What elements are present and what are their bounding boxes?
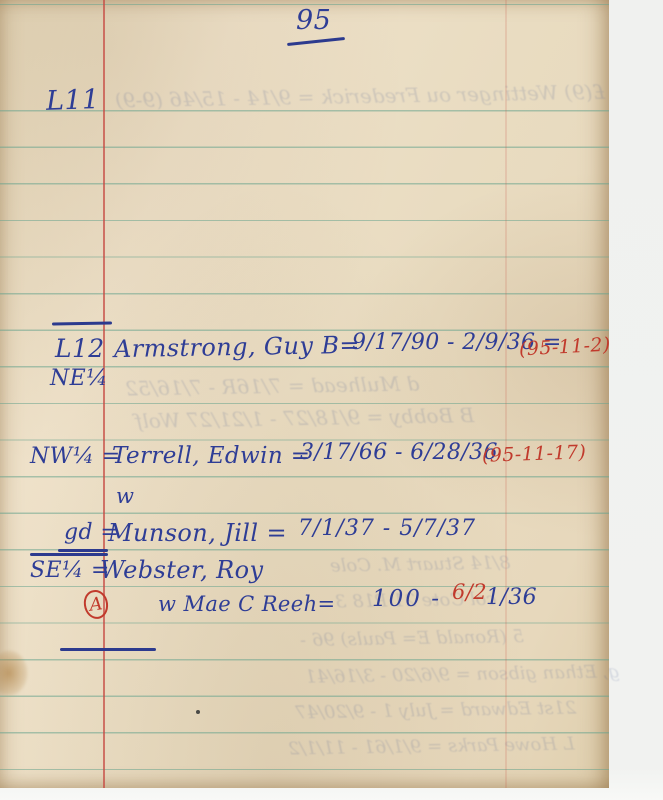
webster-name: Webster, Roy [100,556,263,584]
w-notation: w [116,484,134,508]
ne-quarter-label: NE¼ [50,366,108,391]
scanned-ledger-page: £(9) Wettinger ou Frederick = 9/14 - 15/… [0,0,663,800]
munson-name: Munson, Jill = [108,519,287,547]
webster-date-blue-part: 1/36 [486,585,537,610]
ghost-text: £(9) Wettinger ou Frederick = 9/14 - 15/… [115,80,606,113]
closing-dash [60,648,156,651]
page-number-underline [287,37,345,46]
ghost-text: 8/14 Stuart M. Cole [330,552,511,576]
ink-speck [196,710,200,714]
terrell-dates: 3/17/66 - 6/28/36 [300,440,498,465]
se-quarter-label: SE¼ = [30,558,110,583]
ghost-text: 5 (Ronald E= Pauls) 96 - [300,626,524,651]
entry-label-l11: L11 [45,84,100,117]
ghost-text: d Mulhead = 7/16R - 7/16/52 [125,371,420,400]
paper-sheet: £(9) Wettinger ou Frederick = 9/14 - 15/… [0,0,609,788]
circled-mark-letter: A [88,593,103,615]
terrell-name: Terrell, Edwin = [112,443,310,469]
se-overline [30,553,108,556]
armstrong-name: Armstrong, Guy B= [114,331,360,363]
munson-dates: 7/1/37 - 5/7/37 [298,516,476,541]
webster-amount: 100 - [372,586,441,612]
webster-date-red-part: 6/2 [452,580,487,604]
entry-label-l12: L12 [55,334,105,363]
terrell-ref-number: (95-11-17) [482,441,587,467]
page-number: 95 [296,5,331,36]
nw-quarter-label: NW¼ = [30,444,121,469]
mae-reeh-line: w Mae C Reeh= [158,592,336,616]
gd-underline [58,549,108,552]
red-margin-line [103,0,105,788]
